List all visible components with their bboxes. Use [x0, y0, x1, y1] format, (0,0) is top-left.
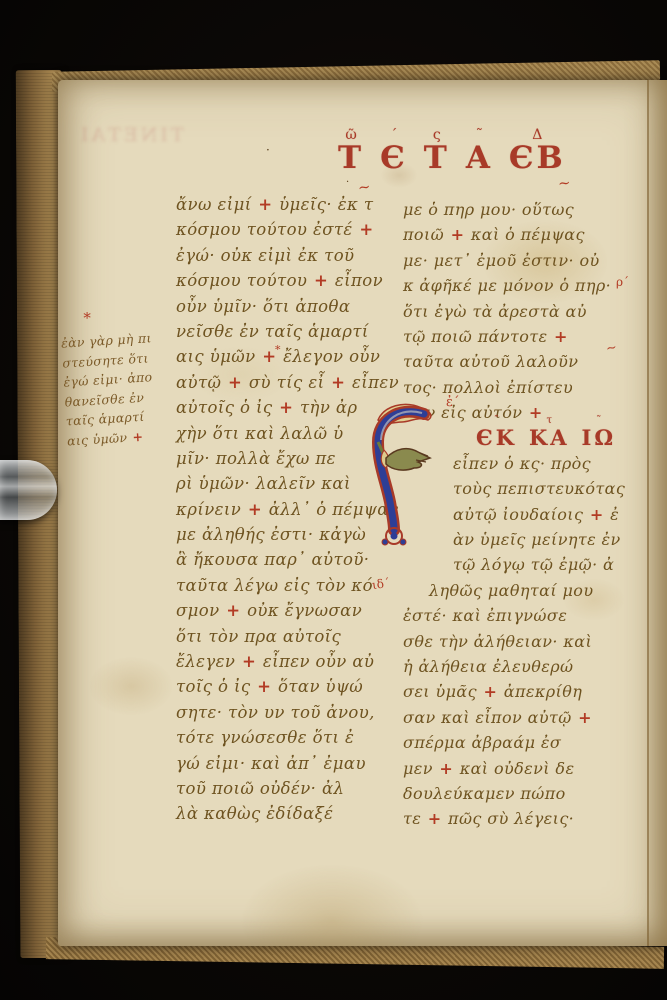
red-cross-mark: + — [256, 677, 272, 696]
red-cross-mark: + — [241, 652, 257, 671]
letter-base: Α — [466, 143, 493, 174]
text-line: ποιῶ + καὶ ὁ πέμψας — [403, 222, 649, 247]
text-line: σμον + οὐκ ἔγνωσαν — [176, 598, 404, 623]
text-line: μεν + καὶ οὐδενὶ δε — [403, 756, 649, 781]
red-cross-mark: + — [247, 500, 263, 519]
letter-base: ΙΩ — [582, 427, 617, 448]
inline-asterisk: ∗ — [274, 342, 281, 353]
text-line: τε + πῶς σὺ λέγεις· — [403, 806, 649, 831]
red-cross-mark: + — [589, 505, 605, 524]
text-line: ἔλεγεν + εἶπεν οὖν αὐ — [176, 649, 404, 674]
decorated-initial-epsilon: Ε — [364, 398, 448, 552]
red-cross-mark: + — [482, 682, 498, 701]
letter-group: ˜ЄΚ — [476, 416, 517, 448]
text-line: σαν καὶ εἶπον αὐτῷ + — [403, 705, 649, 730]
red-cross-mark: + — [427, 809, 443, 828]
text-line: ταῦτα λέγω εἰς τὸν κό — [176, 573, 404, 598]
text-line: νεῖσθε ἐν ταῖς ἁμαρτί — [176, 319, 404, 344]
text-line: λὰ καθὼς ἐδίδαξέ — [176, 801, 404, 826]
manuscript-page: ῶΤ´ЄςΤ˜ΑΔЄΒ ἄνω εἰμί + ὑμεῖς· ἐκ τκόσμου… — [58, 80, 667, 946]
text-line: ὅτι τὸν πρα αὐτοῖς — [176, 624, 404, 649]
red-cross-mark: + — [553, 327, 569, 346]
ink-speck-1: · — [266, 144, 270, 156]
letter-base: ΚΑ — [529, 427, 570, 448]
text-line: ἄνω εἰμί + ὑμεῖς· ἐκ τ — [176, 192, 404, 217]
text-line: τοῦ ποιῶ οὐδέν· ἀλ — [176, 776, 404, 801]
ink-speck-2: · — [346, 178, 349, 188]
red-cross-mark: + — [313, 271, 329, 290]
text-line: ληθῶς μαθηταί μου — [403, 578, 649, 603]
initial-side-letter: ἐ´ — [446, 396, 459, 409]
margin-note: ἐὰν γὰρ μὴ πιστεύσητε ὅτιἐγώ εἰμι· ἀποθα… — [61, 327, 186, 451]
text-line: σπέρμα ἀβραάμ ἐσ — [403, 730, 649, 755]
text-line: σθε τὴν ἀλήθειαν· καὶ — [403, 629, 649, 654]
kephalaion-right-margin: ρ´ — [616, 276, 629, 288]
text-line: γώ εἰμι· καὶ ἀπ᾽ ἐμαυ — [176, 751, 404, 776]
photo-background: ῶΤ´ЄςΤ˜ΑΔЄΒ ἄνω εἰμί + ὑμεῖς· ἐκ τκόσμου… — [0, 0, 667, 1000]
text-line: ἡ ἀλήθεια ἐλευθερώ — [403, 654, 649, 679]
kephalaion-left-margin: ιδ´ — [371, 577, 390, 591]
red-cross-mark: + — [358, 220, 374, 239]
text-line: τος· πολλοὶ ἐπίστευ — [403, 375, 649, 400]
initial-knot-right — [400, 539, 406, 545]
red-cross-mark: + — [278, 398, 294, 417]
text-line: σει ὑμᾶς + ἀπεκρίθη — [403, 679, 649, 704]
text-line: με ὁ πηρ μου· οὕτως — [403, 197, 649, 222]
red-squiggle-right-column: ~ — [557, 175, 571, 191]
letter-base: Τ — [338, 143, 364, 174]
red-cross-mark: + — [330, 373, 346, 392]
initial-knot-center — [391, 533, 398, 540]
text-line: ἐγώ· οὐκ εἰμὶ ἐκ τοῦ — [176, 243, 404, 268]
letter-group: ˜ΙΩ — [582, 416, 617, 448]
text-line: ἐστέ· καὶ ἐπιγνώσε — [403, 603, 649, 628]
text-line: οὖν ὑμῖν· ὅτι ἀποθα — [176, 294, 404, 319]
lection-rubric: ˜ЄΚτΚΑ˜ΙΩ — [476, 416, 616, 448]
letter-base: Є — [380, 143, 408, 174]
red-cross-mark: + — [577, 708, 593, 727]
letter-base: ЄΚ — [476, 427, 517, 448]
red-cross-mark: + — [225, 601, 241, 620]
letter-base: Τ — [424, 143, 450, 174]
red-cross-mark: + — [438, 759, 454, 778]
letter-group: ςΤ — [424, 128, 450, 174]
text-line: ὅτι ἐγὼ τὰ ἀρεστὰ αὐ — [403, 299, 649, 324]
red-squiggle-left-column: ~ — [357, 179, 372, 196]
gutter-shadow — [647, 80, 667, 946]
letter-group: ´Є — [380, 128, 408, 174]
text-line: αις ὑμῶν + ἔλεγον οὖν — [176, 344, 404, 369]
text-line: κόσμου τούτου + εἶπον — [176, 268, 404, 293]
text-line: αὐτῷ + σὺ τίς εἶ + εἶπεν — [176, 370, 404, 395]
text-line: σητε· τὸν υν τοῦ ἀνου, — [176, 700, 404, 725]
margin-asterisk: ∗ — [82, 308, 92, 323]
letter-group: ΔЄΒ — [509, 128, 566, 174]
red-cross-mark: + — [227, 373, 243, 392]
initial-epsilon-drawing — [364, 398, 448, 552]
letter-group: τΚΑ — [529, 416, 570, 448]
text-line: δουλεύκαμεν πώπο — [403, 781, 649, 806]
text-line: τοῖς ὁ ἰς + ὅταν ὑψώ — [176, 674, 404, 699]
red-cross-mark: + — [131, 428, 145, 444]
text-line: με· μετ᾽ ἐμοῦ ἐστιν· οὐ — [403, 248, 649, 273]
text-line: τῷ λόγῳ τῷ ἐμῷ· ἀ — [403, 552, 649, 577]
text-line: κ ἀφῆκέ με μόνον ὁ πηρ· — [403, 273, 649, 298]
kephale-title: ῶΤ´ЄςΤ˜ΑΔЄΒ — [338, 128, 566, 174]
letter-group: ῶΤ — [338, 128, 364, 174]
show-through-title: ΤΙΝΕΤΑΙ — [78, 126, 184, 145]
letter-group: ˜Α — [466, 128, 493, 174]
letter-base: ЄΒ — [509, 143, 566, 174]
initial-hand — [386, 449, 430, 470]
initial-knot-left — [382, 539, 388, 545]
red-cross-mark: + — [257, 195, 273, 214]
red-cross-mark: + — [450, 225, 466, 244]
text-line: τότε γνώσεσθε ὅτι ἐ — [176, 725, 404, 750]
text-line: κόσμου τούτου ἐστέ + — [176, 217, 404, 242]
